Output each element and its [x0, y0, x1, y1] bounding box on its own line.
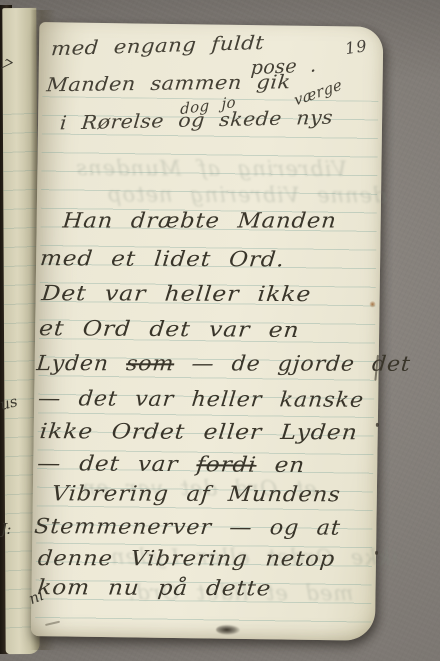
handwriting-text: ikke Ordet eller Lyden [39, 419, 359, 444]
handwriting-line: — det var heller kanske [37, 386, 365, 412]
notebook-photo: 7 us J: ni 19 Vibrering af Mundens denne… [0, 0, 440, 661]
handwriting-text: Det var heller ikke [41, 281, 313, 306]
edge-ink-dot [375, 551, 378, 555]
facing-page-ink-mark: J: [1, 520, 11, 538]
handwriting-text: Han dræbte Manden [62, 208, 338, 232]
handwriting-text: — det var [36, 451, 198, 476]
handwriting-text: et Ord det var en [38, 316, 301, 342]
handwriting-line: ikke Ordet eller Lyden [39, 419, 359, 444]
handwriting-header-line-2: Manden sammen gik [46, 71, 292, 96]
handwriting-text: — det var heller kanske [37, 386, 365, 412]
struck-through-word: som [125, 351, 175, 375]
ink-showthrough: denne Vibrering netop [107, 183, 386, 208]
handwriting-text: med et lidet Ord. [39, 246, 286, 271]
notebook-page: 19 Vibrering af Mundens denne Vibrering … [31, 22, 384, 641]
handwriting-line: et Ord det var en [38, 316, 301, 342]
rust-stain [369, 301, 375, 308]
handwriting-line: Lyden som — de gjorde det [36, 351, 412, 376]
ink-showthrough: Vibrering af Mundens [75, 156, 347, 181]
page-number: 19 [344, 36, 369, 58]
ink-smudge [216, 625, 240, 635]
handwriting-line: denne Vibrering netop [37, 546, 336, 571]
handwriting-line: — det var fordi en [36, 451, 306, 477]
struck-through-word: fordi [195, 452, 257, 476]
handwriting-text: Stemmenerver — og at [33, 514, 341, 540]
handwriting-line: Stemmenerver — og at [33, 514, 341, 540]
handwriting-text: kom nu på dette [36, 575, 272, 600]
handwriting-line: Han dræbte Manden [62, 208, 338, 232]
handwriting-line: med et lidet Ord. [39, 246, 286, 271]
handwriting-text: Vibrering af Mundens [51, 481, 342, 506]
handwriting-text: denne Vibrering netop [37, 546, 336, 571]
handwriting-text: Lyden [36, 351, 128, 375]
handwriting-line: Vibrering af Mundens [51, 481, 342, 506]
edge-ink-dot [376, 423, 379, 427]
handwriting-header-line-1: med engang fuldt [50, 32, 265, 60]
handwriting-line: kom nu på dette [36, 575, 272, 600]
handwriting-line: Det var heller ikke [41, 281, 313, 306]
handwriting-text: en [255, 453, 306, 477]
